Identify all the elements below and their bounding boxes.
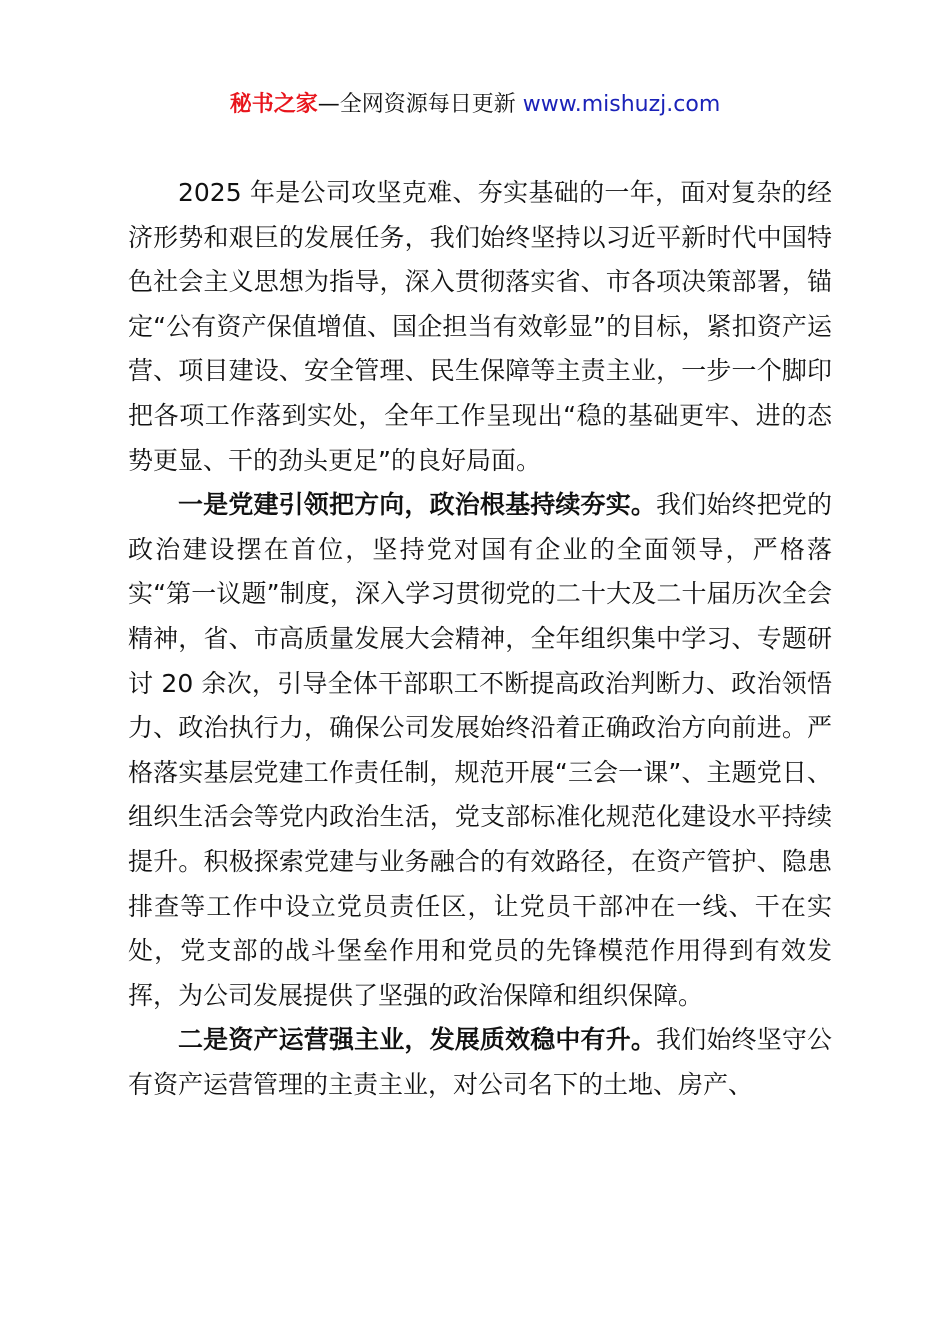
header-tagline: —全网资源每日更新 <box>318 92 516 117</box>
paragraph-lead: 一是党建引领把方向，政治根基持续夯实。 <box>178 490 656 519</box>
site-header: 秘书之家—全网资源每日更新 www.mishuzj.com <box>0 88 950 122</box>
site-url-link[interactable]: www.mishuzj.com <box>523 92 720 117</box>
paragraph-intro: 2025 年是公司攻坚克难、夯实基础的一年，面对复杂的经济形势和艰巨的发展任务，… <box>128 171 832 483</box>
paragraph-lead: 二是资产运营强主业，发展质效稳中有升。 <box>178 1025 656 1054</box>
paragraph-party-building: 一是党建引领把方向，政治根基持续夯实。我们始终把党的政治建设摆在首位，坚持党对国… <box>128 483 832 1018</box>
paragraph-asset-operation: 二是资产运营强主业，发展质效稳中有升。我们始终坚守公有资产运营管理的主责主业，对… <box>128 1018 832 1107</box>
document-body: 2025 年是公司攻坚克难、夯实基础的一年，面对复杂的经济形势和艰巨的发展任务，… <box>128 171 832 1107</box>
paragraph-text: 我们始终把党的政治建设摆在首位，坚持党对国有企业的全面领导，严格落实“第一议题”… <box>128 490 832 1010</box>
paragraph-text: 2025 年是公司攻坚克难、夯实基础的一年，面对复杂的经济形势和艰巨的发展任务，… <box>128 178 832 475</box>
brand-name: 秘书之家 <box>230 92 318 117</box>
